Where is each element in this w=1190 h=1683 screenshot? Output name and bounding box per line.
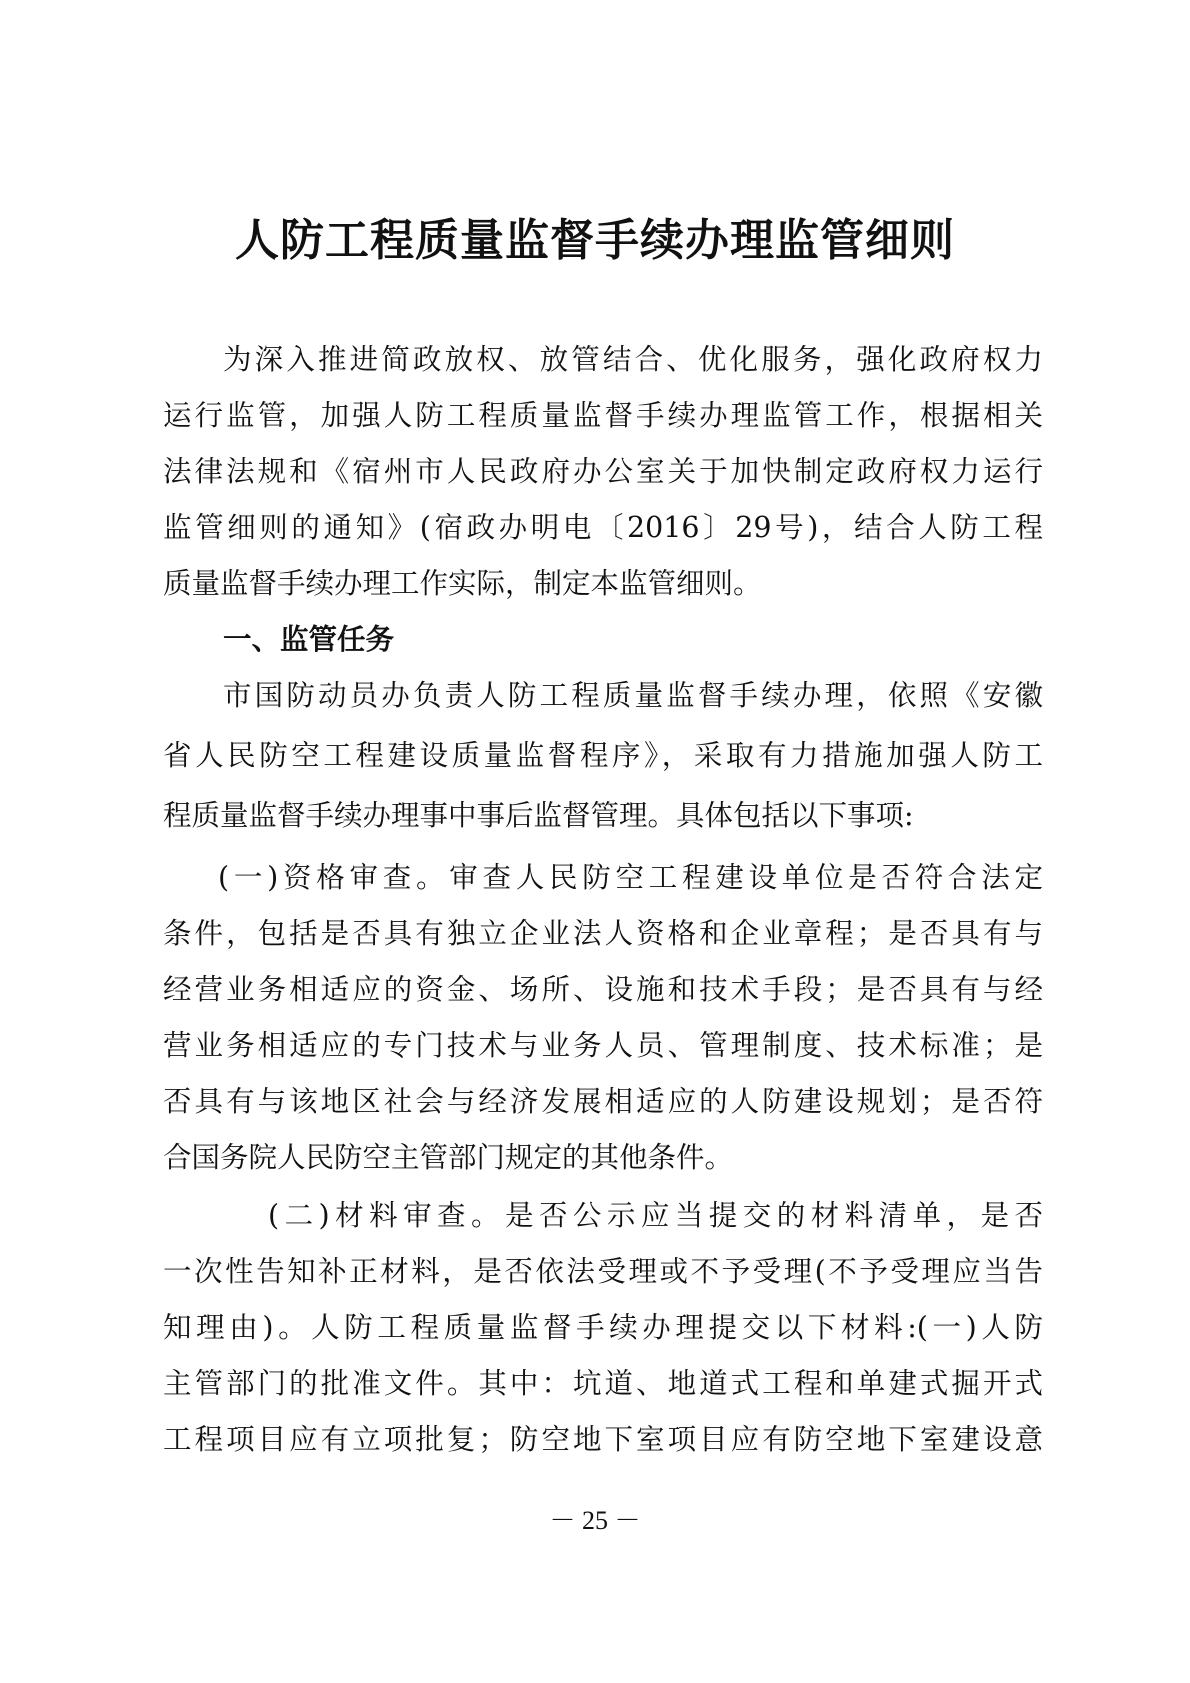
paragraph-line: (一)资格审查。审查人民防空工程建设单位是否符合法定 [218, 858, 1043, 898]
paragraph-line: 为深入推进简政放权、放管结合、优化服务，强化政府权力 [223, 340, 1043, 380]
section-heading: 一、监管任务 [223, 620, 1043, 660]
paragraph-line: (二)材料审查。是否公示应当提交的材料清单，是否 [268, 1196, 1043, 1236]
paragraph-line: 程质量监督手续办理事中事后监督管理。具体包括以下事项: [163, 796, 1043, 836]
paragraph-line: 质量监督手续办理工作实际，制定本监管细则。 [163, 564, 1043, 604]
paragraph-line: 监管细则的通知》(宿政办明电〔2016〕29号)，结合人防工程 [163, 508, 1043, 548]
document-title: 人防工程质量监督手续办理监管细则 [0, 204, 1190, 268]
paragraph-line: 一次性告知补正材料，是否依法受理或不予受理(不予受理应当告 [163, 1252, 1043, 1292]
paragraph-line: 运行监管，加强人防工程质量监督手续办理监管工作，根据相关 [163, 396, 1043, 436]
paragraph-line: 主管部门的批准文件。其中：坑道、地道式工程和单建式掘开式 [163, 1364, 1043, 1404]
paragraph-line: 知理由)。人防工程质量监督手续办理提交以下材料:(一)人防 [163, 1308, 1043, 1348]
paragraph-line: 条件，包括是否具有独立企业法人资格和企业章程；是否具有与 [163, 914, 1043, 954]
page-number: － 25 － [0, 1500, 1190, 1537]
paragraph-line: 市国防动员办负责人防工程质量监督手续办理，依照《安徽 [223, 676, 1043, 716]
paragraph-line: 工程项目应有立项批复；防空地下室项目应有防空地下室建设意 [163, 1420, 1043, 1460]
paragraph-line: 合国务院人民防空主管部门规定的其他条件。 [163, 1138, 1043, 1178]
paragraph-line: 法律法规和《宿州市人民政府办公室关于加快制定政府权力运行 [163, 452, 1043, 492]
paragraph-line: 否具有与该地区社会与经济发展相适应的人防建设规划；是否符 [163, 1082, 1043, 1122]
paragraph-line: 省人民防空工程建设质量监督程序》，采取有力措施加强人防工 [163, 736, 1043, 776]
paragraph-line: 经营业务相适应的资金、场所、设施和技术手段；是否具有与经 [163, 970, 1043, 1010]
paragraph-line: 营业务相适应的专门技术与业务人员、管理制度、技术标准；是 [163, 1026, 1043, 1066]
